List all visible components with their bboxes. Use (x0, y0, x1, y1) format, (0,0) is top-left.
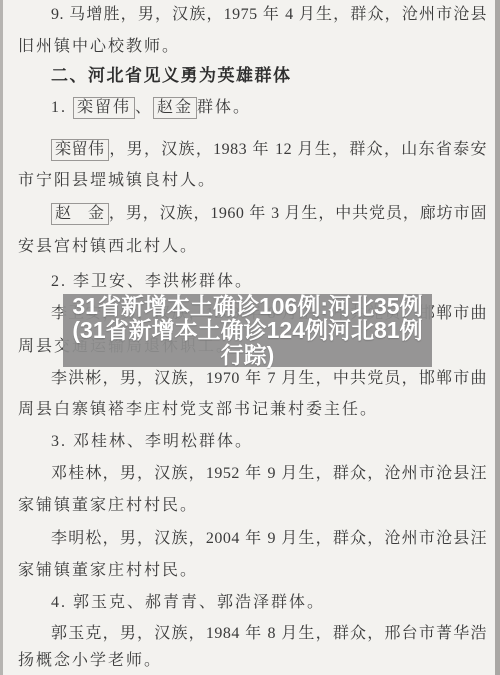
doc-text-segment: 家铺镇董家庄村村民。 (18, 562, 198, 579)
boxed-name: 赵 金 (51, 203, 109, 225)
doc-text-segment: 周县白寨镇褡李庄村党支部书记兼村委主任。 (18, 401, 378, 418)
doc-line: 郭玉克，男，汉族，1984 年 8 月生，群众，邢台市菁华浩 (18, 623, 487, 645)
doc-text-segment: 郭玉克，男，汉族，1984 年 8 月生，群众，邢台市菁华浩 (51, 625, 487, 642)
doc-text-segment: ，男，汉族，1960 年 3 月生，中共党员，廊坊市固 (109, 205, 487, 222)
doc-text-segment: 旧州镇中心校教师。 (18, 38, 180, 55)
boxed-name: 栾留伟 (73, 97, 135, 119)
news-caption-overlay: 31省新增本土确诊106例:河北35例 (31省新增本土确诊124例河北81例 … (63, 294, 432, 367)
doc-text-segment: 扬概念小学老师。 (18, 652, 162, 669)
doc-line: 市宁阳县堽城镇良村人。 (18, 170, 487, 192)
boxed-name: 栾留伟 (51, 139, 109, 161)
doc-line: 周县白寨镇褡李庄村党支部书记兼村委主任。 (18, 399, 487, 421)
doc-text-segment: 二、河北省见义勇为英雄群体 (51, 66, 292, 85)
doc-text-segment: 李明松，男，汉族，2004 年 9 月生，群众，沧州市沧县汪 (51, 530, 487, 547)
doc-line: 扬概念小学老师。 (18, 650, 487, 672)
page-edge-right (495, 0, 500, 675)
doc-line: 邓桂林，男，汉族，1952 年 9 月生，群众，沧州市沧县汪 (18, 463, 487, 485)
doc-line: 赵 金，男，汉族，1960 年 3 月生，中共党员，廊坊市固 (18, 203, 487, 225)
doc-text-segment: 、 (135, 99, 153, 116)
doc-line: 李洪彬，男，汉族，1970 年 7 月生，中共党员，邯郸市曲 (18, 368, 487, 390)
doc-line: 2. 李卫安、李洪彬群体。 (18, 271, 487, 293)
overlay-caption-line: 行踪) (221, 343, 275, 368)
doc-line: 家铺镇董家庄村村民。 (18, 560, 487, 582)
doc-text-segment: 9. 马增胜，男，汉族，1975 年 4 月生，群众，沧州市沧县 (51, 6, 487, 23)
doc-text-segment: 1. (51, 99, 73, 116)
doc-line: 栾留伟，男，汉族，1983 年 12 月生，群众，山东省泰安 (18, 139, 487, 161)
boxed-name: 赵金 (153, 97, 197, 119)
doc-text-segment: 4. 郭玉克、郝青青、郭浩泽群体。 (51, 594, 325, 611)
doc-text-segment: 家铺镇董家庄村村民。 (18, 497, 198, 514)
doc-line: 旧州镇中心校教师。 (18, 36, 487, 58)
doc-line: 李明松，男，汉族，2004 年 9 月生，群众，沧州市沧县汪 (18, 528, 487, 550)
doc-text-segment: 李洪彬，男，汉族，1970 年 7 月生，中共党员，邯郸市曲 (51, 370, 487, 387)
page-edge-left (0, 0, 3, 675)
doc-line: 安县宫村镇西北村人。 (18, 236, 487, 258)
doc-text-segment: 群体。 (197, 99, 251, 116)
doc-text-segment: 安县宫村镇西北村人。 (18, 238, 198, 255)
doc-text-segment: 2. 李卫安、李洪彬群体。 (51, 273, 253, 290)
doc-line: 9. 马增胜，男，汉族，1975 年 4 月生，群众，沧州市沧县 (18, 4, 487, 26)
doc-line: 1. 栾留伟、赵金群体。 (18, 97, 487, 119)
scanned-document-page: 9. 马增胜，男，汉族，1975 年 4 月生，群众，沧州市沧县旧州镇中心校教师… (0, 0, 500, 675)
doc-line: 3. 邓桂林、李明松群体。 (18, 431, 487, 453)
doc-line: 家铺镇董家庄村村民。 (18, 495, 487, 517)
overlay-caption-line: 31省新增本土确诊106例:河北35例 (72, 294, 422, 319)
overlay-caption-line: (31省新增本土确诊124例河北81例 (72, 318, 422, 343)
doc-line: 4. 郭玉克、郝青青、郭浩泽群体。 (18, 592, 487, 614)
doc-text-segment: 市宁阳县堽城镇良村人。 (18, 172, 216, 189)
doc-line: 二、河北省见义勇为英雄群体 (18, 65, 487, 87)
doc-text-segment: 3. 邓桂林、李明松群体。 (51, 433, 253, 450)
doc-text-segment: 邓桂林，男，汉族，1952 年 9 月生，群众，沧州市沧县汪 (51, 465, 487, 482)
doc-text-segment: ，男，汉族，1983 年 12 月生，群众，山东省泰安 (109, 141, 487, 158)
